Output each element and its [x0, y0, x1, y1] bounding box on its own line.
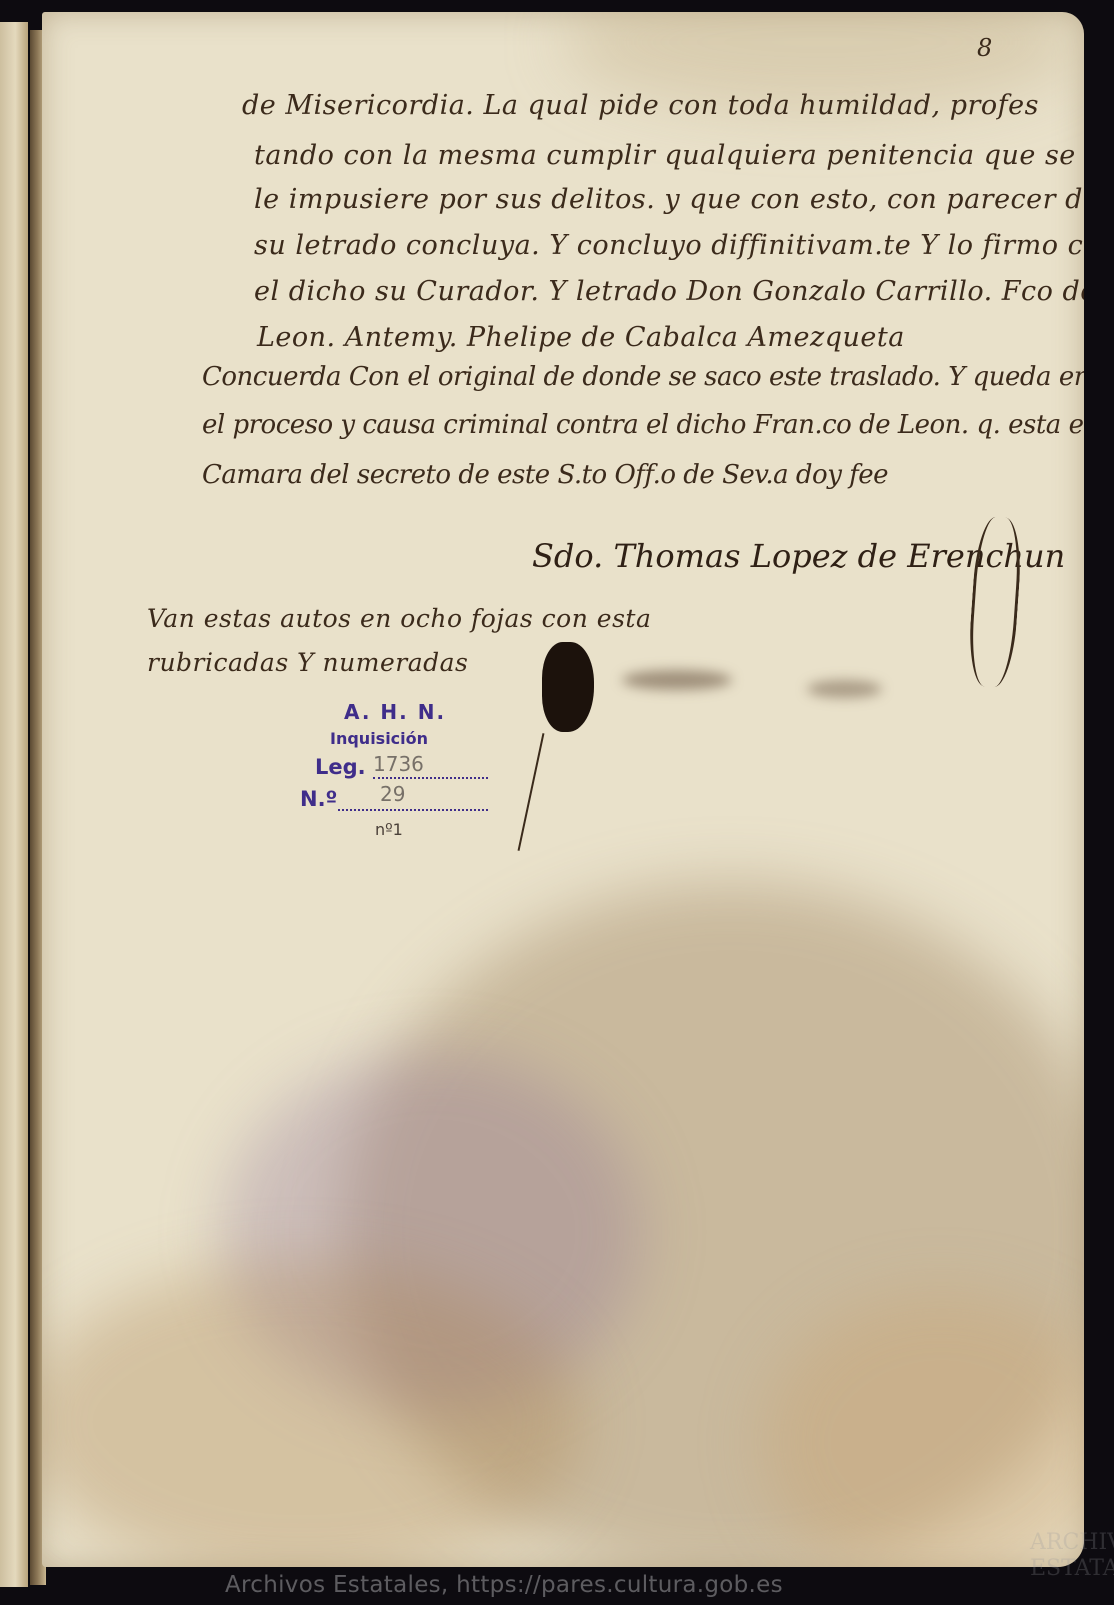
- stamp-title: A. H. N.: [344, 700, 446, 724]
- water-stain: [342, 882, 1084, 1567]
- archive-watermark: Archivos Estatales, https://pares.cultur…: [225, 1572, 783, 1598]
- lower-left-stain: [42, 1262, 582, 1567]
- smudge-mark: [622, 670, 732, 690]
- margin-note-line: Van estas autos en ocho fojas con esta: [147, 604, 651, 633]
- ink-blot: [542, 642, 594, 732]
- certification-line: Concuerda Con el original de donde se sa…: [202, 362, 1084, 392]
- margin-note-line: rubricadas Y numeradas: [147, 648, 468, 677]
- purple-stain: [222, 1052, 642, 1412]
- lower-right-stain: [762, 1292, 1084, 1567]
- body-line: de Misericordia. La qual pide con toda h…: [242, 90, 1039, 121]
- stamp-dotted-line: [373, 777, 488, 779]
- certification-line: Camara del secreto de este S.to Off.o de…: [202, 460, 888, 490]
- stamp-leg-label: Leg.: [315, 755, 366, 779]
- certification-line: el proceso y causa criminal contra el di…: [202, 410, 1084, 440]
- stamp-dotted-line: [338, 809, 488, 811]
- previous-page-edge: [0, 22, 28, 1587]
- ink-flourish: [518, 733, 545, 851]
- stamp-sub-number: nº1: [375, 820, 403, 839]
- stamp-section: Inquisición: [330, 729, 428, 748]
- body-line: el dicho su Curador. Y letrado Don Gonza…: [254, 276, 1084, 307]
- stamp-leg-value: 1736: [373, 752, 424, 776]
- smudge-mark: [807, 680, 882, 698]
- stamp-number-label: N.º: [300, 787, 337, 811]
- body-line: su letrado concluya. Y concluyo diffinit…: [254, 230, 1084, 261]
- archive-logo-watermark: ARCHIVOS ESTATALES: [1030, 1530, 1110, 1582]
- folio-number: 8: [977, 34, 992, 62]
- body-line: Leon. Antemy. Phelipe de Cabalca Amezque…: [257, 322, 905, 353]
- body-line: le impusiere por sus delitos. y que con …: [254, 184, 1084, 215]
- body-line: tando con la mesma cumplir qualquiera pe…: [254, 140, 1076, 171]
- manuscript-page: 8 de Misericordia. La qual pide con toda…: [42, 12, 1084, 1567]
- stamp-number-value: 29: [380, 782, 405, 806]
